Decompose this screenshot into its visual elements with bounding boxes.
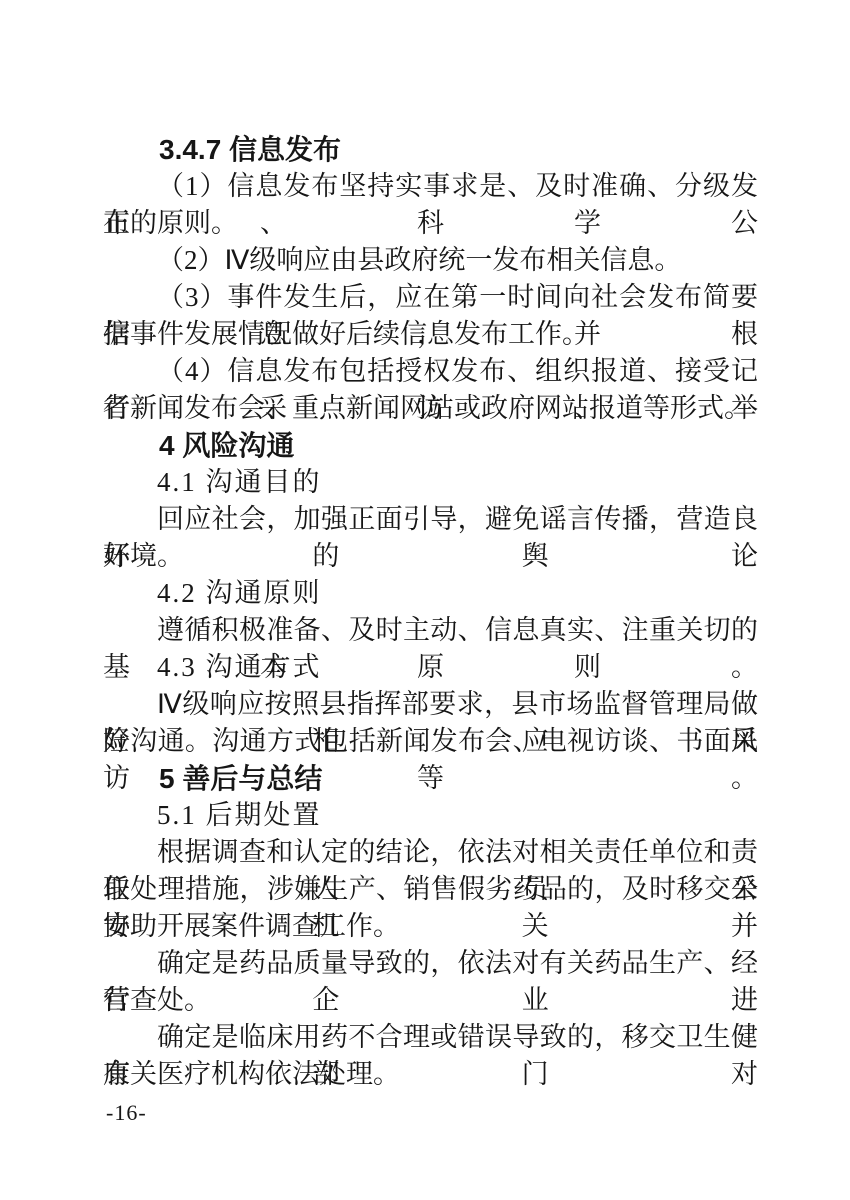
document-body: 3.4.7 信息发布 （1）信息发布坚持实事求是、及时准确、分级发布、科学公 正… <box>103 131 758 1093</box>
body-line: 根据调查和认定的结论，依法对相关责任单位和责任人员采 <box>103 834 758 871</box>
body-line: （1）信息发布坚持实事求是、及时准确、分级发布、科学公 <box>103 168 758 205</box>
body-line: （4）信息发布包括授权发布、组织报道、接受记者采访、举 <box>103 353 758 390</box>
subsection-heading-4-2: 4.2 沟通原则 <box>103 575 758 612</box>
body-line: 险沟通。沟通方式包括新闻发布会、电视访谈、书面采访等。 <box>103 723 758 760</box>
body-line: 回应社会，加强正面引导，避免谣言传播，营造良好的舆论 <box>103 501 758 538</box>
subsection-heading-5-1: 5.1 后期处置 <box>103 797 758 834</box>
subsection-heading-4-1: 4.1 沟通目的 <box>103 464 758 501</box>
body-line: （2）Ⅳ级响应由县政府统一发布相关信息。 <box>103 242 758 279</box>
body-line: Ⅳ级响应按照县指挥部要求，县市场监督管理局做好相应风 <box>103 686 758 723</box>
section-heading-4: 4 风险沟通 <box>103 427 758 464</box>
page-number: -16- <box>106 1098 147 1128</box>
body-line: 取处理措施，涉嫌生产、销售假劣药品的，及时移交公安机关并 <box>103 871 758 908</box>
section-heading-3-4-7: 3.4.7 信息发布 <box>103 131 758 168</box>
body-line: 确定是临床用药不合理或错误导致的，移交卫生健康部门对 <box>103 1019 758 1056</box>
body-line: 遵循积极准备、及时主动、信息真实、注重关切的基本原则。 <box>103 612 758 649</box>
body-line: 行新闻发布会、重点新闻网站或政府网站报道等形式。 <box>103 390 758 427</box>
body-line: （3）事件发生后，应在第一时间向社会发布简要信息，并根 <box>103 279 758 316</box>
document-page: 3.4.7 信息发布 （1）信息发布坚持实事求是、及时准确、分级发布、科学公 正… <box>0 0 850 1200</box>
body-line: 确定是药品质量导致的，依法对有关药品生产、经营企业进 <box>103 945 758 982</box>
